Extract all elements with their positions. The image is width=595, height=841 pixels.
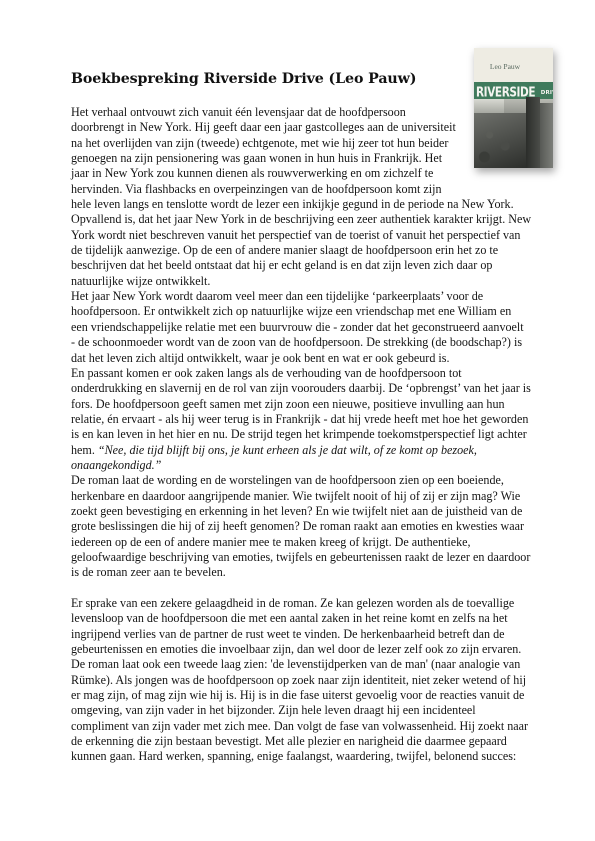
text-line: de tijdelijk aanwezige. Op de een of and… [71,243,541,258]
text-line: compliment van zijn vader met zich mee. … [71,719,541,734]
text-line: beschrijven dat het beeld ontstaat dat h… [71,258,541,273]
text-line: Het verhaal ontvouwt zich vanuit één lev… [71,105,541,120]
quote-line: hem. “Nee, die tijd blijft bij ons, je k… [71,443,541,458]
text-line: levensloop van de hoofdpersoon die met e… [71,611,541,626]
text-line: hervinden. Via flashbacks en overpeinzin… [71,182,541,197]
text-line: geloofwaardige beschrijving van emoties,… [71,550,541,565]
document-page: Boekbespreking Riverside Drive (Leo Pauw… [0,0,595,841]
text-line: jaar in New York zou kunnen dienen als r… [71,166,541,181]
text-line: hele leven langs en tenslotte wordt de l… [71,197,541,212]
text-line: kunnen gaan. Hard werken, spanning, enig… [71,749,541,764]
cover-building [540,103,553,168]
text-line: iedereen op de een of andere manier mee … [71,535,541,550]
text-line: herkenbare en daardoor aangrijpende mani… [71,489,541,504]
cover-title-small: DRIVE [541,90,553,96]
text-line: hoofdpersoon. Er ontwikkelt zich op natu… [71,304,541,319]
text-line: omgeving, van zijn vader in het bijzonde… [71,703,541,718]
text-line: er mag zijn, of mag zijn wie hij is. Hij… [71,688,541,703]
page-title: Boekbespreking Riverside Drive (Leo Pauw… [71,71,416,87]
text-line: is de roman zeer aan te bevelen. [71,565,541,580]
blank-line [71,581,541,596]
text-line: grote beslissingen die hij of zij heeft … [71,519,541,534]
cover-author: Leo Pauw [474,62,536,71]
text-line: de erkenning die zijn bestaan bevestigt.… [71,734,541,749]
text-line: doorbrengt in New York. Hij geeft daar e… [71,120,541,135]
text-line: zoekt geen bevestiging en erkenning in h… [71,504,541,519]
text-line: Er sprake van een zekere gelaagdheid in … [71,596,541,611]
text-line: Opvallend is, dat het jaar New York in d… [71,212,541,227]
text-line: ingrijpend verlies van de partner de rus… [71,627,541,642]
text-line: een vriendschappelijke relatie met een b… [71,320,541,335]
text-line: Het jaar New York wordt daarom veel meer… [71,289,541,304]
text-line: York wordt niet beschreven vanuit het pe… [71,228,541,243]
text-line: Rümke). Als jongen was de hoofdpersoon o… [71,673,541,688]
cover-title-band: RIVERSIDE DRIVE [474,82,553,99]
text-line: De roman laat ook een tweede laag zien: … [71,657,541,672]
text-line: dat het leven zich altijd ontwikkelt, wa… [71,351,541,366]
text-line: onderdrukking en slavernij en de rol van… [71,381,541,396]
quote-text: “Nee, die tijd blijft bij ons, je kunt e… [98,443,477,457]
text-line: natuurlijke wijze ontwikkelt. [71,274,541,289]
text-line: gebeurtenissen en emoties die invoelbaar… [71,642,541,657]
quote-line: onaangekondigd.” [71,458,541,473]
text-line: fors. De hoofdpersoon geeft samen met zi… [71,397,541,412]
text-line: - de schoonmoeder wordt van de zoon van … [71,335,541,350]
text-line: genoegen na zijn pensionering was gaan w… [71,151,541,166]
text-line: na het overlijden van zijn (tweede) echt… [71,136,541,151]
text-segment: hem. [71,443,98,457]
text-line: En passant komen er ook zaken langs als … [71,366,541,381]
text-line: De roman laat de wording en de worstelin… [71,473,541,488]
text-line: relatie, én ervaart - als hij weer terug… [71,412,541,427]
review-body: Het verhaal ontvouwt zich vanuit één lev… [71,105,541,765]
text-line: is en kan leven in het hier en nu. De st… [71,427,541,442]
